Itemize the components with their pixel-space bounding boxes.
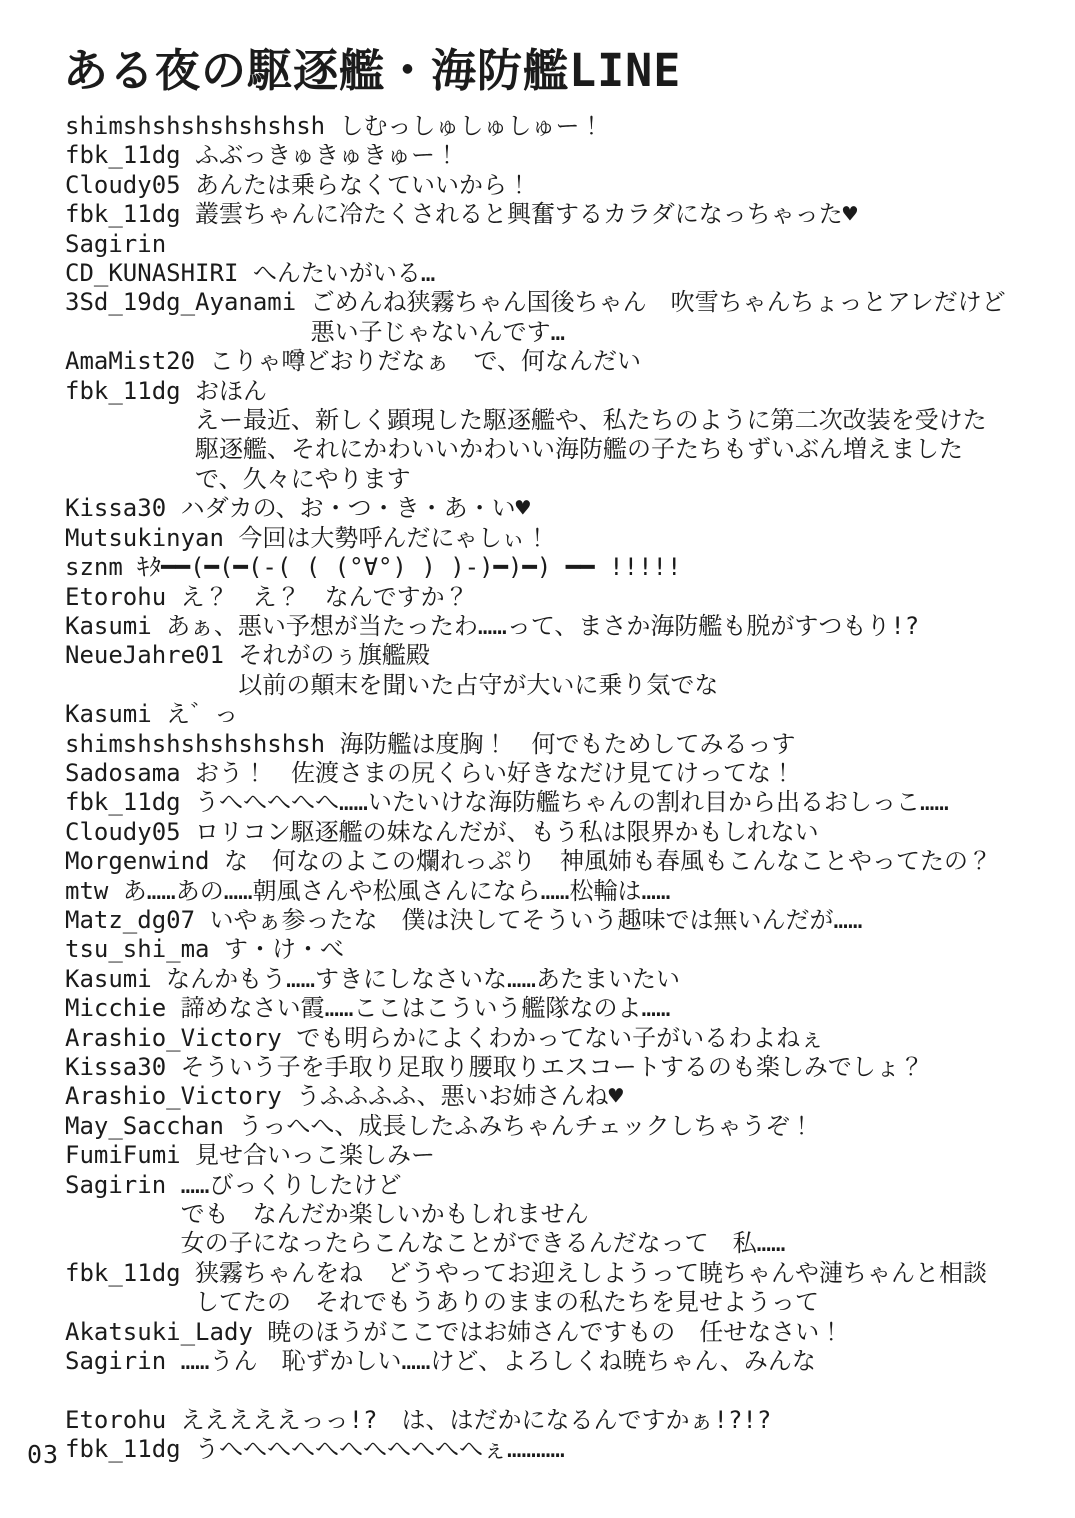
chat-username: shimshshshshshshsh [65,112,340,141]
chat-message-line: こりゃ噂どおりだなぁ で、何なんだい [210,347,1066,376]
chat-message-line: 諦めなさい霞……ここはこういう艦隊なのよ…… [181,994,1065,1023]
chat-username: Cloudy05 [65,818,195,847]
chat-message-body: あぁ、悪い予想が当たったわ……って、まさか海防艦も脱がすつもり!? [166,612,1065,641]
chat-message-line: うへへへへへへへへへへへぇ………… [195,1435,1065,1464]
chat-message-line: おう！ 佐渡さまの尻くらい好きなだけ見てけってな！ [195,759,1065,788]
chat-message-line: うふふふふ、悪いお姉さんね♥ [296,1082,1065,1111]
chat-gap [65,1376,1065,1405]
chat-username: Akatsuki_Lady [65,1318,267,1347]
chat-message-body: うっへへ、成長したふみちゃんチェックしちゃうぞ！ [238,1112,1065,1141]
chat-username: Sagirin [65,1171,181,1200]
chat-message: Kissa30 そういう子を手取り足取り腰取りエスコートするのも楽しみでしょ？ [65,1053,1065,1082]
chat-message-body: あ……あの……朝風さんや松風さんになら……松輪は…… [123,877,1065,906]
chat-username: Arashio_Victory [65,1024,296,1053]
chat-message: Sagirin [65,230,1065,259]
chat-username: Kasumi [65,612,166,641]
chat-message-line: ふぶっきゅきゅきゅー！ [195,141,1065,170]
chat-message: fbk_11dg 叢雲ちゃんに冷たくされると興奮するカラダになっちゃった♥ [65,200,1065,229]
chat-message-line: え゛っ [166,700,1065,729]
chat-username: Micchie [65,994,181,1023]
chat-message: Cloudy05 ロリコン駆逐艦の妹なんだが、もう私は限界かもしれない [65,818,1065,847]
chat-username: Matz_dg07 [65,906,210,935]
chat-message-line: ごめんね狭霧ちゃん国後ちゃん 吹雪ちゃんちょっとアレだけど [311,288,1065,317]
chat-message: Mutsukinyan 今回は大勢呼んだにゃしぃ！ [65,524,1065,553]
chat-message-body: ふぶっきゅきゅきゅー！ [195,141,1065,170]
chat-message-body: 今回は大勢呼んだにゃしぃ！ [238,524,1065,553]
chat-message-line: しむっしゅしゅしゅー！ [340,112,1065,141]
chat-message: Kissa30 ハダカの、お・つ・き・あ・い♥ [65,494,1065,523]
chat-message-body: 見せ合いっこ楽しみー [195,1141,1065,1170]
chat-message-line: えー最近、新しく顕現した駆逐艦や、私たちのように第二次改装を受けた [195,406,1065,435]
chat-message: Etorohu え？ え？ なんですか？ [65,583,1065,612]
chat-message-body: ……びっくりしたけどでも なんだか楽しいかもしれません女の子になったらこんなこと… [181,1171,1065,1259]
chat-message: Micchie 諦めなさい霞……ここはこういう艦隊なのよ…… [65,994,1065,1023]
chat-username: CD_KUNASHIRI [65,259,253,288]
chat-message: Arashio_Victory でも明らかによくわかってない子がいるわよねぇ [65,1024,1065,1053]
chat-username: tsu_shi_ma [65,935,224,964]
chat-message-body: 狭霧ちゃんをね どうやってお迎えしようって暁ちゃんや漣ちゃんと相談してたの それ… [195,1259,1065,1318]
chat-message-line: ハダカの、お・つ・き・あ・い♥ [181,494,1065,523]
chat-message-line: おほん [195,377,1065,406]
chat-username: Kissa30 [65,1053,181,1082]
chat-message-line: でも なんだか楽しいかもしれません [181,1200,1065,1229]
chat-username: Etorohu [65,1406,181,1435]
chat-message-body: 諦めなさい霞……ここはこういう艦隊なのよ…… [181,994,1065,1023]
chat-message: Kasumi あぁ、悪い予想が当たったわ……って、まさか海防艦も脱がすつもり!? [65,612,1065,641]
chat-message: NeueJahre01 それがのぅ旗艦殿以前の顛末を聞いた占守が大いに乗り気でな [65,641,1065,700]
chat-message-body: それがのぅ旗艦殿以前の顛末を聞いた占守が大いに乗り気でな [238,641,1065,700]
chat-username: sznm [65,553,137,582]
chat-message-line: そういう子を手取り足取り腰取りエスコートするのも楽しみでしょ？ [181,1053,1065,1082]
chat-username: fbk_11dg [65,788,195,817]
chat-message: shimshshshshshshsh しむっしゅしゅしゅー！ [65,112,1065,141]
chat-message-body: す・け・べ [224,935,1065,964]
page-title: ある夜の駆逐艦・海防艦LINE [63,34,681,99]
chat-message-line: ｷﾀ━━(━(━(-( ( (°∀°) ) )-)━)━) ━━ !!!!! [137,553,1065,582]
chat-message-body: そういう子を手取り足取り腰取りエスコートするのも楽しみでしょ？ [181,1053,1065,1082]
chat-username: fbk_11dg [65,1435,195,1464]
chat-message-body: な 何なのよこの爛れっぷり 神風姉も春風もこんなことやってたの？ [224,847,1065,876]
chat-message-line: 暁のほうがここではお姉さんですもの 任せなさい！ [267,1318,1065,1347]
chat-message-line: ……うん 恥ずかしい……けど、よろしくね暁ちゃん、みんな [181,1347,1065,1376]
chat-message-line: 以前の顛末を聞いた占守が大いに乗り気でな [238,671,1065,700]
chat-username: mtw [65,877,123,906]
chat-log: shimshshshshshshsh しむっしゅしゅしゅー！fbk_11dg ふ… [65,112,1065,1465]
chat-message-body [181,230,1065,259]
chat-message-line: えええええっっ!? は、はだかになるんですかぁ!?!? [181,1406,1065,1435]
chat-message-line: いやぁ参ったな 僕は決してそういう趣味では無いんだが…… [210,906,1066,935]
chat-message-body: こりゃ噂どおりだなぁ で、何なんだい [210,347,1066,376]
chat-message: fbk_11dg うへへへへへ……いたいけな海防艦ちゃんの割れ目から出るおしっこ… [65,788,1065,817]
chat-message-line: 狭霧ちゃんをね どうやってお迎えしようって暁ちゃんや漣ちゃんと相談 [195,1259,1065,1288]
chat-username: Mutsukinyan [65,524,238,553]
chat-message-body: ……うん 恥ずかしい……けど、よろしくね暁ちゃん、みんな [181,1347,1065,1376]
chat-username: Kasumi [65,700,166,729]
chat-username: Sagirin [65,1347,181,1376]
chat-message: Kasumi なんかもう……すきにしなさいな……あたまいたい [65,965,1065,994]
chat-message: May_Sacchan うっへへ、成長したふみちゃんチェックしちゃうぞ！ [65,1112,1065,1141]
chat-username: Etorohu [65,583,181,612]
chat-message: Kasumi え゛っ [65,700,1065,729]
chat-message-line: で、久々にやります [195,465,1065,494]
chat-message-line: うっへへ、成長したふみちゃんチェックしちゃうぞ！ [238,1112,1065,1141]
chat-message-line: ……びっくりしたけど [181,1171,1065,1200]
chat-message-line: 今回は大勢呼んだにゃしぃ！ [238,524,1065,553]
chat-message: Morgenwind な 何なのよこの爛れっぷり 神風姉も春風もこんなことやって… [65,847,1065,876]
chat-username: May_Sacchan [65,1112,238,1141]
chat-message-line: 悪い子じゃないんです… [311,318,1065,347]
chat-message-body: でも明らかによくわかってない子がいるわよねぇ [296,1024,1065,1053]
chat-message: Sagirin ……うん 恥ずかしい……けど、よろしくね暁ちゃん、みんな [65,1347,1065,1376]
chat-message: fbk_11dg おほんえー最近、新しく顕現した駆逐艦や、私たちのように第二次改… [65,377,1065,495]
chat-username: Sagirin [65,230,181,259]
chat-message: Etorohu えええええっっ!? は、はだかになるんですかぁ!?!? [65,1406,1065,1435]
chat-message-body: え？ え？ なんですか？ [181,583,1065,612]
chat-message: AmaMist20 こりゃ噂どおりだなぁ で、何なんだい [65,347,1065,376]
chat-message-line: 海防艦は度胸！ 何でもためしてみるっす [340,730,1065,759]
chat-username: shimshshshshshshsh [65,730,340,759]
chat-message: 3Sd_19dg_Ayanami ごめんね狭霧ちゃん国後ちゃん 吹雪ちゃんちょっ… [65,288,1065,347]
chat-message-body: え゛っ [166,700,1065,729]
chat-username: fbk_11dg [65,200,195,229]
chat-username: Kasumi [65,965,166,994]
chat-message-body: 暁のほうがここではお姉さんですもの 任せなさい！ [267,1318,1065,1347]
chat-message: fbk_11dg ふぶっきゅきゅきゅー！ [65,141,1065,170]
chat-message-body: なんかもう……すきにしなさいな……あたまいたい [166,965,1065,994]
chat-message: Akatsuki_Lady 暁のほうがここではお姉さんですもの 任せなさい！ [65,1318,1065,1347]
chat-message-line: してたの それでもうありのままの私たちを見せようって [195,1288,1065,1317]
chat-username: Cloudy05 [65,171,195,200]
chat-message-body: うふふふふ、悪いお姉さんね♥ [296,1082,1065,1111]
chat-message-body: 海防艦は度胸！ 何でもためしてみるっす [340,730,1065,759]
chat-message-line: うへへへへへ……いたいけな海防艦ちゃんの割れ目から出るおしっこ…… [195,788,1065,817]
chat-message-line: あぁ、悪い予想が当たったわ……って、まさか海防艦も脱がすつもり!? [166,612,1065,641]
chat-message-line: あ……あの……朝風さんや松風さんになら……松輪は…… [123,877,1065,906]
chat-message-body: ロリコン駆逐艦の妹なんだが、もう私は限界かもしれない [195,818,1065,847]
chat-message: mtw あ……あの……朝風さんや松風さんになら……松輪は…… [65,877,1065,906]
chat-username: Morgenwind [65,847,224,876]
chat-username: 3Sd_19dg_Ayanami [65,288,311,317]
chat-message: tsu_shi_ma す・け・べ [65,935,1065,964]
chat-message-body: ｷﾀ━━(━(━(-( ( (°∀°) ) )-)━)━) ━━ !!!!! [137,553,1065,582]
chat-message-line: あんたは乗らなくていいから！ [195,171,1065,200]
chat-message: Sadosama おう！ 佐渡さまの尻くらい好きなだけ見てけってな！ [65,759,1065,788]
chat-message: fbk_11dg うへへへへへへへへへへへぇ………… [65,1435,1065,1464]
chat-message-line: え？ え？ なんですか？ [181,583,1065,612]
chat-username: Arashio_Victory [65,1082,296,1111]
chat-message-line: 叢雲ちゃんに冷たくされると興奮するカラダになっちゃった♥ [195,200,1065,229]
chat-message: Matz_dg07 いやぁ参ったな 僕は決してそういう趣味では無いんだが…… [65,906,1065,935]
chat-message: CD_KUNASHIRI へんたいがいる… [65,259,1065,288]
chat-message-line: な 何なのよこの爛れっぷり 神風姉も春風もこんなことやってたの？ [224,847,1065,876]
chat-message-body: おほんえー最近、新しく顕現した駆逐艦や、私たちのように第二次改装を受けた駆逐艦、… [195,377,1065,495]
chat-message-body: うへへへへへ……いたいけな海防艦ちゃんの割れ目から出るおしっこ…… [195,788,1065,817]
chat-message-body: うへへへへへへへへへへへぇ………… [195,1435,1065,1464]
chat-message-line: 駆逐艦、それにかわいいかわいい海防艦の子たちもずいぶん増えました [195,435,1065,464]
chat-message: FumiFumi 見せ合いっこ楽しみー [65,1141,1065,1170]
chat-username: fbk_11dg [65,377,195,406]
chat-message-body: おう！ 佐渡さまの尻くらい好きなだけ見てけってな！ [195,759,1065,788]
chat-username: AmaMist20 [65,347,210,376]
chat-message-line [181,230,1065,259]
chat-message-line: 女の子になったらこんなことができるんだなって 私…… [181,1229,1065,1258]
chat-message: Cloudy05 あんたは乗らなくていいから！ [65,171,1065,200]
page-number: 03 [27,1440,59,1469]
chat-username: FumiFumi [65,1141,195,1170]
chat-message-body: えええええっっ!? は、はだかになるんですかぁ!?!? [181,1406,1065,1435]
chat-message-line: でも明らかによくわかってない子がいるわよねぇ [296,1024,1065,1053]
chat-message-body: しむっしゅしゅしゅー！ [340,112,1065,141]
chat-message-body: あんたは乗らなくていいから！ [195,171,1065,200]
chat-message-body: 叢雲ちゃんに冷たくされると興奮するカラダになっちゃった♥ [195,200,1065,229]
chat-message-body: いやぁ参ったな 僕は決してそういう趣味では無いんだが…… [210,906,1066,935]
chat-message-line: それがのぅ旗艦殿 [238,641,1065,670]
chat-message: Arashio_Victory うふふふふ、悪いお姉さんね♥ [65,1082,1065,1111]
chat-message-line: なんかもう……すきにしなさいな……あたまいたい [166,965,1065,994]
chat-username: fbk_11dg [65,1259,195,1288]
chat-message-line: へんたいがいる… [253,259,1065,288]
chat-message-body: ごめんね狭霧ちゃん国後ちゃん 吹雪ちゃんちょっとアレだけど悪い子じゃないんです… [311,288,1065,347]
chat-username: Kissa30 [65,494,181,523]
chat-message-body: ハダカの、お・つ・き・あ・い♥ [181,494,1065,523]
chat-message-line: 見せ合いっこ楽しみー [195,1141,1065,1170]
doujin-chat-page: ある夜の駆逐艦・海防艦LINE shimshshshshshshsh しむっしゅ… [0,0,1075,1518]
chat-username: Sadosama [65,759,195,788]
chat-message-body: へんたいがいる… [253,259,1065,288]
chat-username: fbk_11dg [65,141,195,170]
chat-message: fbk_11dg 狭霧ちゃんをね どうやってお迎えしようって暁ちゃんや漣ちゃんと… [65,1259,1065,1318]
chat-message-line: ロリコン駆逐艦の妹なんだが、もう私は限界かもしれない [195,818,1065,847]
chat-message-line: す・け・べ [224,935,1065,964]
chat-message: shimshshshshshshsh 海防艦は度胸！ 何でもためしてみるっす [65,730,1065,759]
chat-message: sznm ｷﾀ━━(━(━(-( ( (°∀°) ) )-)━)━) ━━ !!… [65,553,1065,582]
chat-message: Sagirin ……びっくりしたけどでも なんだか楽しいかもしれません女の子にな… [65,1171,1065,1259]
chat-username: NeueJahre01 [65,641,238,670]
